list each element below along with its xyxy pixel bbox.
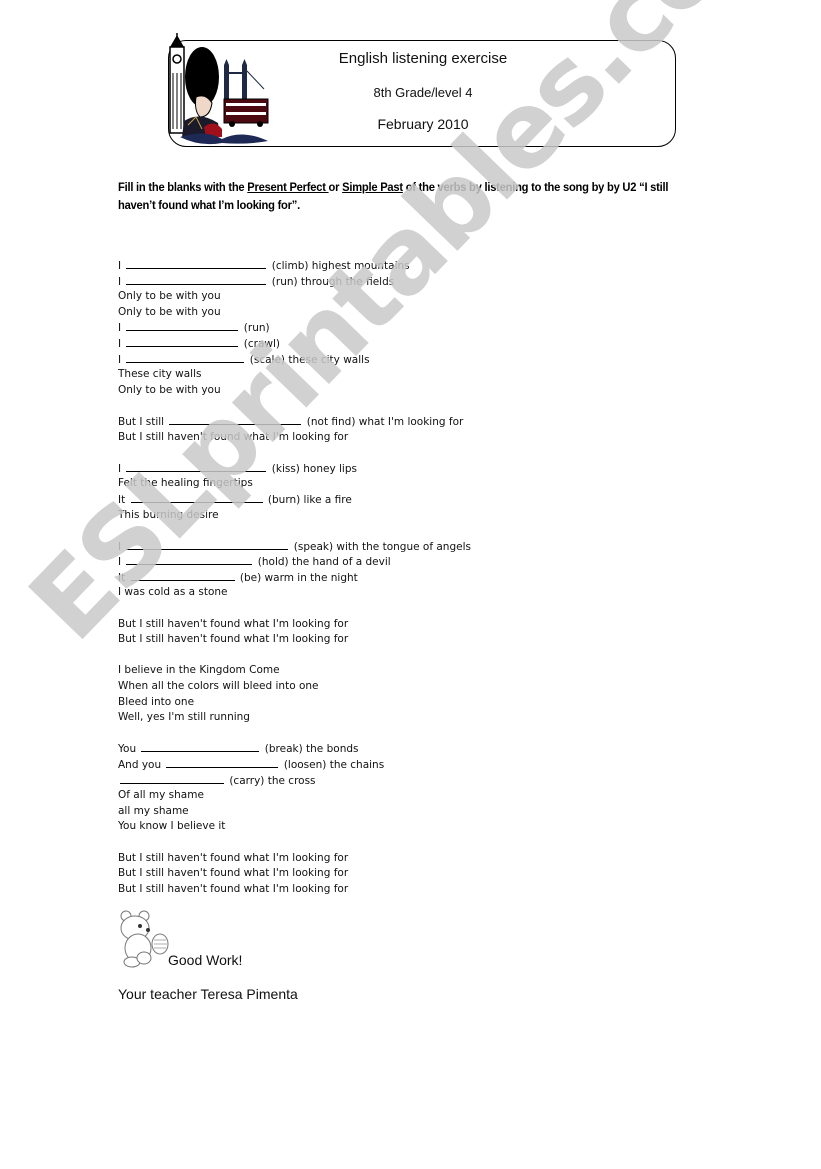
lyric-line: Felt the healing fingertips xyxy=(118,476,618,492)
lyric-line: But I still haven't found what I'm looki… xyxy=(118,866,618,882)
answer-blank[interactable] xyxy=(141,741,259,752)
verb-hint: (loosen) the chains xyxy=(280,759,384,771)
lyric-text: It xyxy=(118,572,129,584)
stanza-gap xyxy=(118,398,618,414)
answer-blank[interactable] xyxy=(126,274,266,285)
teddy-bear-icon xyxy=(118,910,170,968)
lyric-text: I xyxy=(118,556,124,568)
lyric-line: (carry) the cross xyxy=(118,773,618,789)
verb-hint: (run) xyxy=(240,322,269,334)
lyric-text: It xyxy=(118,494,129,506)
lyric-text: But I still haven't found what I'm looki… xyxy=(118,431,348,443)
answer-blank[interactable] xyxy=(126,539,288,550)
lyric-line: But I still haven't found what I'm looki… xyxy=(118,617,618,633)
london-landmarks-icon xyxy=(166,33,270,145)
stanza-gap xyxy=(118,445,618,461)
lyric-line: I (scale) these city walls xyxy=(118,352,618,368)
lyric-text: Well, yes I'm still running xyxy=(118,711,250,723)
verb-hint: (crawl) xyxy=(240,338,280,350)
answer-blank[interactable] xyxy=(166,757,278,768)
lyric-line: But I still haven't found what I'm looki… xyxy=(118,882,618,898)
verb-hint: (run) through the fields xyxy=(268,276,394,288)
tense-simple-past: Simple Past xyxy=(342,180,403,194)
lyric-text: I xyxy=(118,322,124,334)
lyric-text: These city walls xyxy=(118,368,201,380)
lyric-line: But I still haven't found what I'm looki… xyxy=(118,851,618,867)
answer-blank[interactable] xyxy=(126,258,266,269)
lyric-line: Only to be with you xyxy=(118,383,618,399)
answer-blank[interactable] xyxy=(126,336,238,347)
lyric-text: I xyxy=(118,463,124,475)
verb-hint: (hold) the hand of a devil xyxy=(254,556,390,568)
lyric-line: But I still haven't found what I'm looki… xyxy=(118,632,618,648)
answer-blank[interactable] xyxy=(126,554,252,565)
lyric-text: I xyxy=(118,354,124,366)
lyric-text: all my shame xyxy=(118,805,189,817)
lyric-line: all my shame xyxy=(118,804,618,820)
lyric-line: You know I believe it xyxy=(118,819,618,835)
lyric-text: I xyxy=(118,260,124,272)
lyric-line: I (run) through the fields xyxy=(118,274,618,290)
lyric-text: But I still haven't found what I'm looki… xyxy=(118,867,348,879)
verb-hint: (climb) highest mountains xyxy=(268,260,409,272)
lyric-text: Bleed into one xyxy=(118,696,194,708)
lyric-text: But I still haven't found what I'm looki… xyxy=(118,633,348,645)
lyric-line: Only to be with you xyxy=(118,305,618,321)
verb-hint: (be) warm in the night xyxy=(237,572,358,584)
verb-hint: (carry) the cross xyxy=(226,775,316,787)
lyric-line: I (climb) highest mountains xyxy=(118,258,618,274)
lyric-text: But I still haven't found what I'm looki… xyxy=(118,852,348,864)
lyric-text: But I still haven't found what I'm looki… xyxy=(118,618,348,630)
answer-blank[interactable] xyxy=(126,461,266,472)
lyric-text: But I still haven't found what I'm looki… xyxy=(118,883,348,895)
answer-blank[interactable] xyxy=(120,773,224,784)
answer-blank[interactable] xyxy=(169,414,301,425)
lyric-line: You (break) the bonds xyxy=(118,741,618,757)
lyric-line: Well, yes I'm still running xyxy=(118,710,618,726)
grade-level: 8th Grade/level 4 xyxy=(268,85,578,100)
lyric-text: Felt the healing fingertips xyxy=(118,477,253,489)
lyric-line: Bleed into one xyxy=(118,695,618,711)
worksheet-date: February 2010 xyxy=(268,116,578,132)
answer-blank[interactable] xyxy=(126,320,238,331)
lyric-text: I believe in the Kingdom Come xyxy=(118,664,280,676)
lyric-line: Only to be with you xyxy=(118,289,618,305)
stanza-gap xyxy=(118,726,618,742)
lyric-line: It (be) warm in the night xyxy=(118,570,618,586)
verb-hint: (break) the bonds xyxy=(261,743,358,755)
stanza-gap xyxy=(118,648,618,664)
instructions-text-1: Fill in the blanks with the xyxy=(118,180,247,194)
lyric-line: I (crawl) xyxy=(118,336,618,352)
lyric-text: I xyxy=(118,338,124,350)
lyric-text: I was cold as a stone xyxy=(118,586,228,598)
lyric-text: I xyxy=(118,276,124,288)
lyric-line: This burning desire xyxy=(118,508,618,524)
lyric-line: I (hold) the hand of a devil xyxy=(118,554,618,570)
lyric-line: I (kiss) honey lips xyxy=(118,461,618,477)
lyrics-exercise: I (climb) highest mountainsI (run) throu… xyxy=(118,258,618,897)
lyric-text: I xyxy=(118,541,124,553)
answer-blank[interactable] xyxy=(131,570,235,581)
good-work-text: Good Work! xyxy=(168,952,242,968)
verb-hint: (scale) these city walls xyxy=(246,354,369,366)
lyric-text: You know I believe it xyxy=(118,820,225,832)
lyric-text: Only to be with you xyxy=(118,306,221,318)
lyric-text: Only to be with you xyxy=(118,384,221,396)
verb-hint: (not find) what I'm looking for xyxy=(303,416,463,428)
lyric-text: Of all my shame xyxy=(118,789,204,801)
stanza-gap xyxy=(118,601,618,617)
lyric-text: This burning desire xyxy=(118,509,219,521)
lyric-text: Only to be with you xyxy=(118,290,221,302)
worksheet-title: English listening exercise xyxy=(268,50,578,67)
lyric-text: And you xyxy=(118,759,164,771)
lyric-line: But I still (not find) what I'm looking … xyxy=(118,414,618,430)
lyric-line: But I still haven't found what I'm looki… xyxy=(118,430,618,446)
lyric-text: When all the colors will bleed into one xyxy=(118,680,319,692)
answer-blank[interactable] xyxy=(126,352,244,363)
stanza-gap xyxy=(118,835,618,851)
tense-present-perfect: Present Perfect xyxy=(247,180,328,194)
lyric-text: But I still xyxy=(118,416,167,428)
lyric-line: These city walls xyxy=(118,367,618,383)
lyric-line: I was cold as a stone xyxy=(118,585,618,601)
teacher-signature: Your teacher Teresa Pimenta xyxy=(118,986,298,1002)
verb-hint: (burn) like a fire xyxy=(265,494,352,506)
instructions: Fill in the blanks with the Present Perf… xyxy=(118,178,676,214)
verb-hint: (speak) with the tongue of angels xyxy=(290,541,471,553)
lyric-line: I (speak) with the tongue of angels xyxy=(118,539,618,555)
lyric-line: It (burn) like a fire xyxy=(118,492,618,508)
verb-hint: (kiss) honey lips xyxy=(268,463,357,475)
lyric-line: I (run) xyxy=(118,320,618,336)
lyric-line: Of all my shame xyxy=(118,788,618,804)
lyric-text: You xyxy=(118,743,139,755)
stanza-gap xyxy=(118,523,618,539)
lyric-line: And you (loosen) the chains xyxy=(118,757,618,773)
lyric-line: I believe in the Kingdom Come xyxy=(118,663,618,679)
instructions-text-2: or xyxy=(329,180,343,194)
answer-blank[interactable] xyxy=(131,492,263,503)
lyric-line: When all the colors will bleed into one xyxy=(118,679,618,695)
